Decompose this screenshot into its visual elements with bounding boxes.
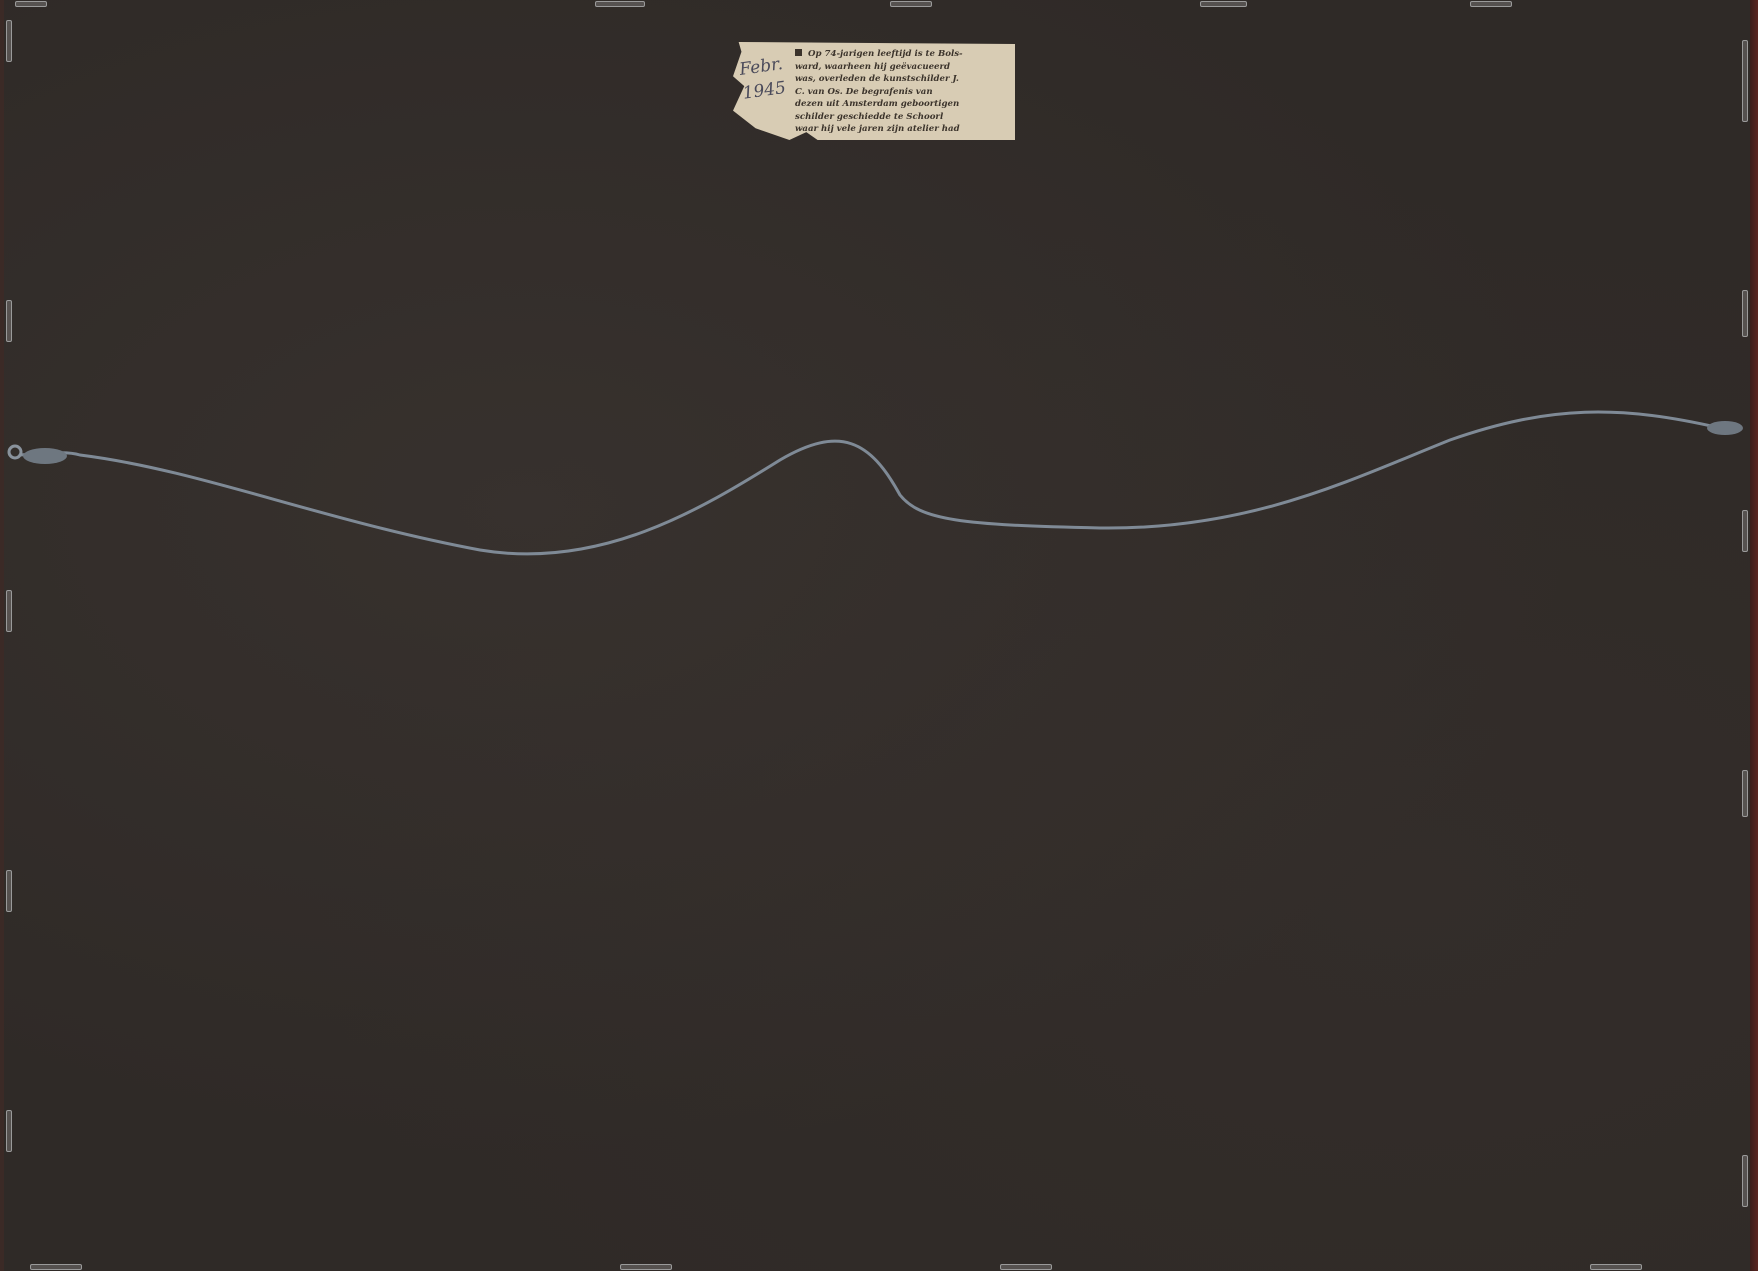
newspaper-clipping: Febr. 1945 Op 74-jarigen leeftijd is te … (733, 42, 1015, 140)
hanging-wire (0, 0, 1758, 1271)
bullet-icon (795, 49, 802, 56)
wire-knot-left (9, 446, 67, 464)
clipping-text: Op 74-jarigen leeftijd is te Bols- ward,… (795, 48, 1009, 136)
handwritten-date: Febr. 1945 (738, 50, 800, 105)
wire-knot-right (1707, 421, 1743, 435)
